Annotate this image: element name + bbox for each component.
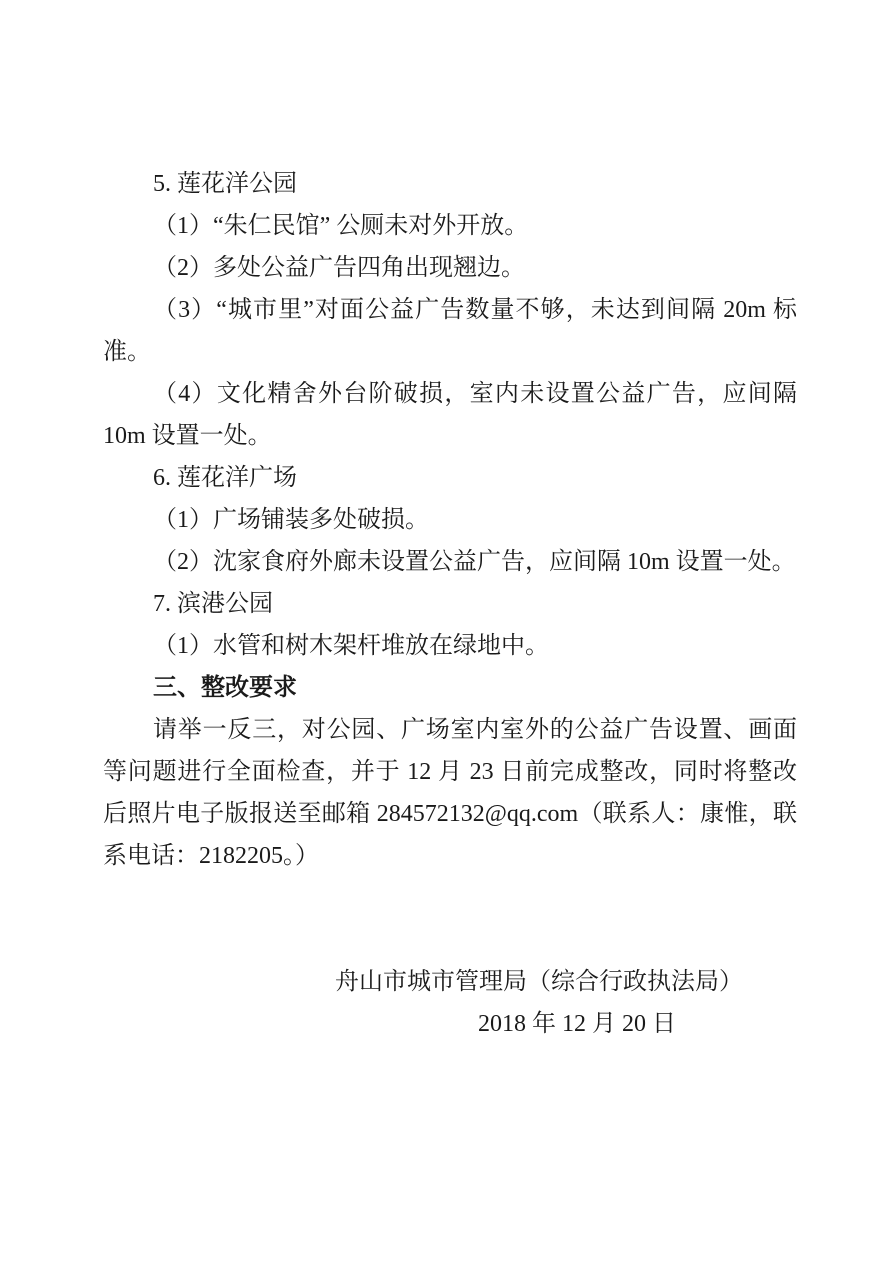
finding-5-4: （4）文化精舍外台阶破损，室内未设置公益广告，应间隔 10m 设置一处。 — [103, 373, 797, 457]
finding-5-1: （1）“朱仁民馆” 公厕未对外开放。 — [103, 205, 797, 247]
finding-6-1: （1）广场铺装多处破损。 — [103, 499, 797, 541]
finding-5-2: （2）多处公益广告四角出现翘边。 — [103, 247, 797, 289]
section-item-5-title: 5. 莲花洋公园 — [103, 163, 797, 205]
document-body: 5. 莲花洋公园 （1）“朱仁民馆” 公厕未对外开放。 （2）多处公益广告四角出… — [103, 163, 797, 877]
section-item-6-title: 6. 莲花洋广场 — [103, 457, 797, 499]
document-page: 5. 莲花洋公园 （1）“朱仁民馆” 公厕未对外开放。 （2）多处公益广告四角出… — [0, 0, 894, 1263]
section-heading-rectification-requirements: 三、整改要求 — [103, 667, 797, 709]
signature-block: 舟山市城市管理局（综合行政执法局） 2018 年 12 月 20 日 — [103, 961, 797, 1045]
finding-5-3: （3）“城市里”对面公益广告数量不够，未达到间隔 20m 标准。 — [103, 289, 797, 373]
rectification-requirements-paragraph: 请举一反三，对公园、广场室内室外的公益广告设置、画面等问题进行全面检查，并于 1… — [103, 709, 797, 877]
section-item-7-title: 7. 滨港公园 — [103, 583, 797, 625]
signature-date: 2018 年 12 月 20 日 — [478, 1003, 797, 1045]
signature-organization: 舟山市城市管理局（综合行政执法局） — [335, 961, 797, 1003]
finding-6-2: （2）沈家食府外廊未设置公益广告，应间隔 10m 设置一处。 — [103, 541, 797, 583]
finding-7-1: （1）水管和树木架杆堆放在绿地中。 — [103, 625, 797, 667]
